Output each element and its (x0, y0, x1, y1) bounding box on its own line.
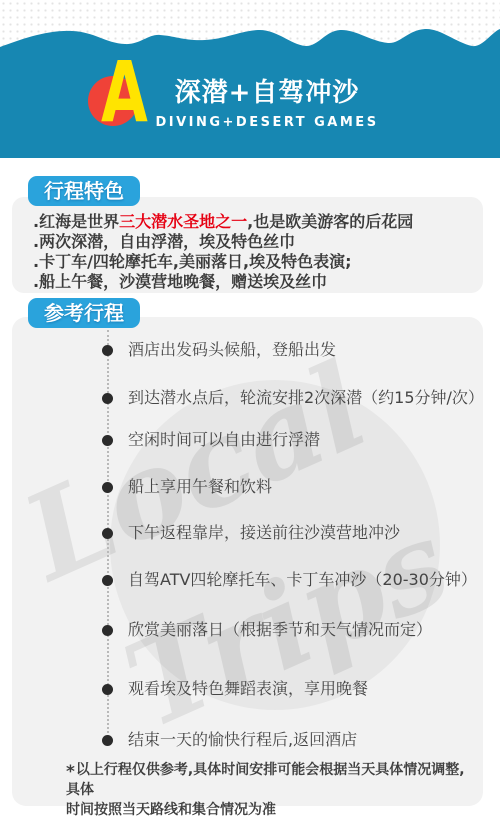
itinerary-step-text: 到达潜水点后，轮流安排2次深潜（约15分钟/次） (128, 385, 484, 411)
itinerary-step-text: 欣赏美丽落日（根据季节和天气情况而定） (128, 617, 432, 643)
itinerary-step-text: 观看埃及特色舞蹈表演，享用晚餐 (128, 676, 368, 702)
bullet-dot (102, 625, 113, 636)
itinerary-step: 欣赏美丽落日（根据季节和天气情况而定） (102, 617, 477, 643)
itinerary-step: 到达潜水点后，轮流安排2次深潜（约15分钟/次） (102, 385, 477, 411)
bullet-dot (102, 575, 113, 586)
bullet-dot (102, 684, 113, 695)
bullet-dot (102, 528, 113, 539)
itinerary-step-text: 下午返程靠岸，接送前往沙漠营地冲沙 (128, 520, 400, 546)
feature-line: .两次深潜，自由浮潜，埃及特色丝巾 (33, 232, 473, 252)
itinerary-box: Local Trips 酒店出发码头候船，登船出发 到达潜水点后，轮流安排2次深… (12, 317, 483, 806)
itinerary-step: 下午返程靠岸，接送前往沙漠营地冲沙 (102, 520, 477, 546)
itinerary-step: 船上享用午餐和饮料 (102, 474, 477, 500)
asterisk-mark: * (66, 762, 75, 782)
itinerary-step-text: 结束一天的愉快行程后,返回酒店 (128, 727, 357, 753)
header-title-block: 深潜+自驾冲沙 DIVING+DESERT GAMES (137, 78, 397, 130)
itinerary-step-text: 自驾ATV四轮摩托车、卡丁车冲沙（20-30分钟） (128, 567, 477, 593)
features-section-label: 行程特色 (28, 176, 140, 206)
itinerary-section-label: 参考行程 (28, 298, 140, 328)
feature-line: .红海是世界三大潜水圣地之一,也是欧美游客的后花园 (33, 212, 473, 232)
itinerary-step-text: 酒店出发码头候船，登船出发 (128, 337, 336, 363)
feature-line: .卡丁车/四轮摩托车,美丽落日,埃及特色表演; (33, 252, 473, 272)
itinerary-step: 酒店出发码头候船，登船出发 (102, 337, 477, 363)
bullet-dot (102, 435, 113, 446)
itinerary-step: 空闲时间可以自由进行浮潜 (102, 427, 477, 453)
itinerary-step: 自驾ATV四轮摩托车、卡丁车冲沙（20-30分钟） (102, 567, 477, 593)
itinerary-step-text: 船上享用午餐和饮料 (128, 474, 272, 500)
feature-line: .船上午餐，沙漠营地晚餐，赠送埃及丝巾 (33, 272, 473, 292)
poster-page: A 深潜+自驾冲沙 DIVING+DESERT GAMES 行程特色 .红海是世… (0, 0, 500, 824)
disclaimer-line: 时间按照当天路线和集合情况为准 (66, 800, 472, 820)
page-subtitle: DIVING+DESERT GAMES (137, 115, 397, 130)
wave-decoration (0, 0, 500, 52)
bullet-dot (102, 393, 113, 404)
bullet-dot (102, 482, 113, 493)
itinerary-step: 结束一天的愉快行程后,返回酒店 (102, 727, 477, 753)
itinerary-step-text: 空闲时间可以自由进行浮潜 (128, 427, 320, 453)
itinerary-step: 观看埃及特色舞蹈表演，享用晚餐 (102, 676, 477, 702)
feature-text: .红海是世界 (33, 212, 119, 231)
bullet-dot (102, 735, 113, 746)
features-box: .红海是世界三大潜水圣地之一,也是欧美游客的后花园 .两次深潜，自由浮潜，埃及特… (12, 197, 483, 293)
feature-highlight-text: 三大潜水圣地之一 (119, 212, 247, 231)
disclaimer-note: *以上行程仅供参考,具体时间安排可能会根据当天具体情况调整,具体 时间按照当天路… (66, 760, 472, 820)
disclaimer-line: 以上行程仅供参考,具体时间安排可能会根据当天具体情况调整,具体 (66, 762, 465, 798)
bullet-dot (102, 345, 113, 356)
page-title: 深潜+自驾冲沙 (137, 78, 397, 108)
feature-text: ,也是欧美游客的后花园 (247, 212, 413, 231)
